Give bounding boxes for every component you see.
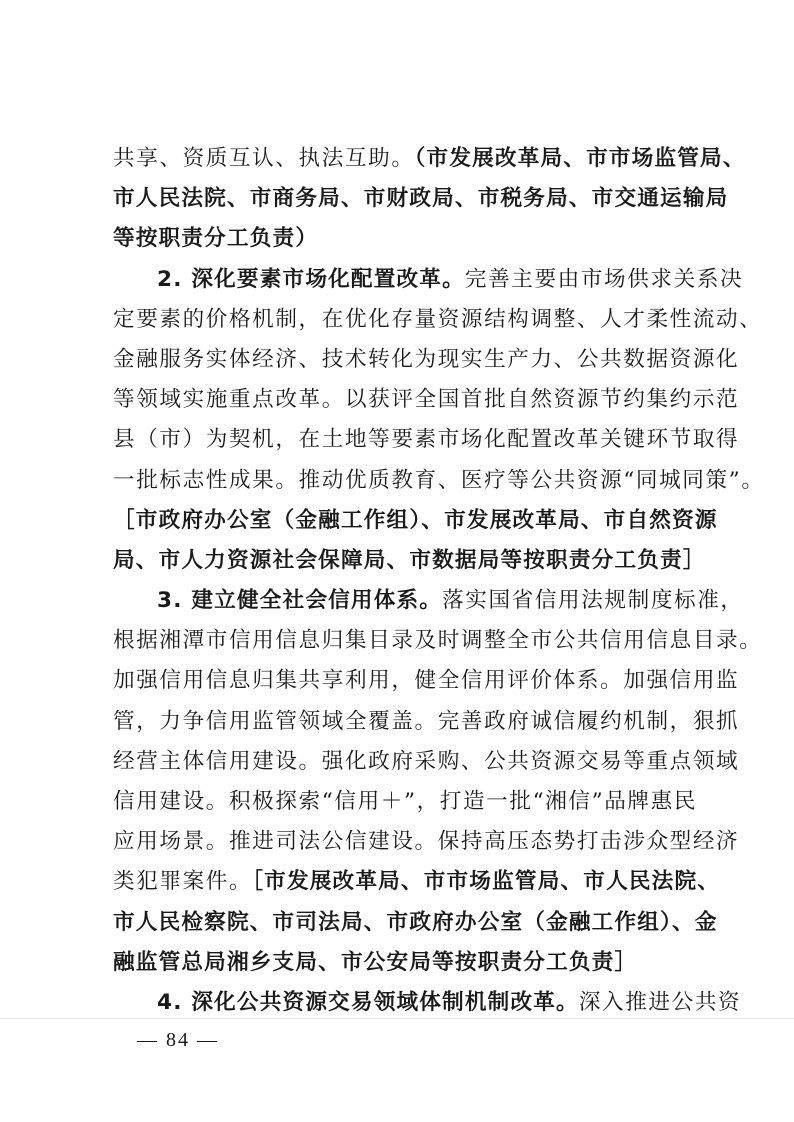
bold-text-segment: 融监管总局湘乡支局、市公安局等按职责分工负责］ [113,950,637,975]
text-line: 等领域实施重点改革。以获评全国首批自然资源节约集约示范 [113,380,691,420]
text-segment: 根据湘潭市信用信息归集目录及时调整全市公共信用信息目录。 [113,628,762,653]
text-segment: 经营主体信用建设。强化政府采购、公共资源交易等重点领域 [113,749,739,774]
text-line: 3. 建立健全社会信用体系。落实国省信用法规制度标准， [113,581,691,621]
bold-text-segment: 市人民检察院、市司法局、市政府办公室（金融工作组）、金 [113,910,718,935]
text-segment: 类犯罪案件。 [113,869,252,894]
bold-text-segment: （市发展改革局、市市场监管局、 [415,146,746,171]
text-line: 金融服务实体经济、技术转化为现实生产力、公共数据资源化 [113,340,691,380]
text-segment: 落实国省信用法规制度标准， [442,588,744,613]
text-segment: 县（市）为契机，在土地等要素市场化配置改革关键环节取得 [113,427,739,452]
text-line: 应用场景。推进司法公信建设。保持高压态势打击涉众型经济 [113,822,691,862]
text-line: 共享、资质互认、执法互助。（市发展改革局、市市场监管局、 [113,139,691,179]
text-line: 市人民检察院、市司法局、市政府办公室（金融工作组）、金 [113,903,691,943]
bold-text-segment: 等按职责分工负责） [113,226,318,251]
text-line: 信用建设。积极探索“信用＋”，打造一批“湘信”品牌惠民 [113,782,691,822]
text-line: 管，力争信用监管领域全覆盖。完善政府诚信履约机制，狠抓 [113,702,691,742]
text-segment: 共享、资质互认、执法互助。 [113,146,415,171]
text-segment: 一批标志性成果。推动优质教育、医疗等公共资源“同城同策”。 [113,468,765,493]
text-line: 市人民法院、市商务局、市财政局、市税务局、市交通运输局 [113,179,691,219]
bold-text-segment: ［市发展改革局、市市场监管局、市人民法院、 [252,869,720,894]
document-page: 共享、资质互认、执法互助。（市发展改革局、市市场监管局、市人民法院、市商务局、市… [0,0,794,1122]
text-line: 融监管总局湘乡支局、市公安局等按职责分工负责］ [113,943,691,983]
bold-text-segment: 市人民法院、市商务局、市财政局、市税务局、市交通运输局 [113,186,728,211]
text-line: 一批标志性成果。推动优质教育、医疗等公共资源“同城同策”。 [113,461,691,501]
text-line: 加强信用信息归集共享利用，健全信用评价体系。加强信用监 [113,661,691,701]
text-segment: 应用场景。推进司法公信建设。保持高压态势打击涉众型经济 [113,829,739,854]
text-segment: 金融服务实体经济、技术转化为现实生产力、公共数据资源化 [113,347,739,372]
text-line: 经营主体信用建设。强化政府采购、公共资源交易等重点领域 [113,742,691,782]
text-line: 根据湘潭市信用信息归集目录及时调整全市公共信用信息目录。 [113,621,691,661]
bold-text-segment: 2. 深化要素市场化配置改革。 [157,267,465,292]
text-segment: 管，力争信用监管领域全覆盖。完善政府诚信履约机制，狠抓 [113,709,739,734]
text-line: 定要素的价格机制，在优化存量资源结构调整、人才柔性流动、 [113,300,691,340]
text-line: 2. 深化要素市场化配置改革。完善主要由市场供求关系决 [113,260,691,300]
bold-text-segment: 4. 深化公共资源交易领域体制机制改革。 [157,990,579,1015]
text-line: 局、市人力资源社会保障局、市数据局等按职责分工负责］ [113,541,691,581]
footer-divider [0,1018,794,1019]
text-segment: 深入推进公共资 [579,990,741,1015]
text-segment: 定要素的价格机制，在优化存量资源结构调整、人才柔性流动、 [113,307,762,332]
page-number: — 84 — [137,1029,219,1052]
text-line: 类犯罪案件。［市发展改革局、市市场监管局、市人民法院、 [113,862,691,902]
bold-text-segment: 局、市人力资源社会保障局、市数据局等按职责分工负责］ [113,548,706,573]
text-line: ［市政府办公室（金融工作组）、市发展改革局、市自然资源 [113,501,691,541]
text-line: 等按职责分工负责） [113,219,691,259]
text-segment: 信用建设。积极探索“信用＋”，打造一批“湘信”品牌惠民 [113,789,697,814]
text-segment: 加强信用信息归集共享利用，健全信用评价体系。加强信用监 [113,668,739,693]
text-line: 县（市）为契机，在土地等要素市场化配置改革关键环节取得 [113,420,691,460]
body-text: 共享、资质互认、执法互助。（市发展改革局、市市场监管局、市人民法院、市商务局、市… [113,139,691,1023]
text-segment: 完善主要由市场供求关系决 [465,267,743,292]
text-segment: 等领域实施重点改革。以获评全国首批自然资源节约集约示范 [113,387,739,412]
bold-text-segment: 3. 建立健全社会信用体系。 [157,588,442,613]
bold-text-segment: ［市政府办公室（金融工作组）、市发展改革局、市自然资源 [113,508,718,533]
